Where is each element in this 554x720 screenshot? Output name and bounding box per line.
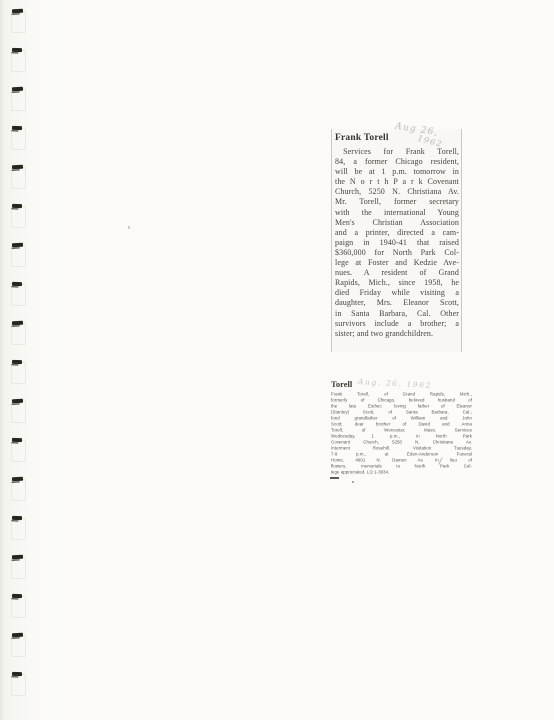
obituary-line: Church, 5250 N. Christiana Av. [335,187,459,197]
obituary-line: the N o r t h P a r k Covenant [335,177,459,187]
clipping-cutoff-dot [352,481,354,483]
clipping-cutoff-dash [330,477,339,479]
binding-hole [11,672,26,697]
binding-hole [11,204,26,229]
death-notice-clipping-small: Torell Frank Torell, of Grand Rapids, Mi… [331,379,472,559]
binding-hole [11,126,26,151]
obituary-line: will be at 1 p.m. tomorrow in [335,167,459,177]
binding-hole [11,9,26,34]
binding-hole [11,360,26,385]
binding-hole [11,633,26,658]
binding-hole [11,87,26,112]
binding-strip [0,0,34,720]
binding-hole [11,555,26,580]
obituary-line: Men's Christian Association [335,218,459,228]
obituary-line: paign in 1940-41 that raised [335,238,459,248]
binding-hole [11,48,26,73]
obituary-line: $360,000 for North Park Col- [335,248,459,258]
obituary-line: 84, a former Chicago resident, [335,157,459,167]
binding-hole [11,516,26,541]
binding-hole [11,321,26,346]
obituary-line: daughter, Mrs. Eleanor Scott, [335,298,459,308]
binding-hole [11,477,26,502]
death-notice-line: lege appreciated. LO 1-3034. [331,469,472,475]
obituary-line: died Friday while visiting a [335,288,459,298]
binding-hole [11,399,26,424]
binding-hole [11,594,26,619]
death-notice-body: Frank Torell, of Grand Rapids, Mich.,for… [331,391,472,475]
obituary-body: Services for Frank Torell,84, a former C… [335,147,459,339]
scan-speck [128,226,130,229]
obituary-line: nues. A resident of Grand [335,268,459,278]
obituary-line: in Santa Barbara, Cal. Other [335,309,459,319]
obituary-clipping-large: Frank Torell Services for Frank Torell,8… [331,129,462,352]
binding-hole [11,282,26,307]
binding-hole [11,165,26,190]
obituary-line: lege at Foster and Kedzie Ave- [335,258,459,268]
obituary-line: Rapids, Mich., since 1958, he [335,278,459,288]
obituary-line: and a printer, directed a cam- [335,228,459,238]
obituary-line: with the international Young [335,208,459,218]
obituary-line: Mr. Torell, former secretary [335,197,459,207]
binding-hole [11,243,26,268]
scanned-album-page: { "page": { "description": "Scanned spir… [0,0,554,720]
obituary-line: sister; and two grandchildren. [335,329,459,339]
obituary-line: survivors include a brother; a [335,319,459,329]
binding-hole [11,438,26,463]
